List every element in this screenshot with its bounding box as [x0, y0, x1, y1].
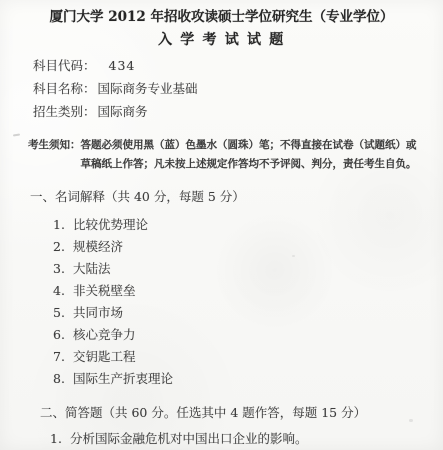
item-number: 5. — [53, 302, 65, 324]
candidate-notice: 考生须知： 答题必须使用黑（蓝）色墨水（圆珠）笔；不得直接在试卷（试题纸）或草稿… — [28, 136, 443, 174]
notice-label: 考生须知： — [28, 136, 81, 174]
subject-code-label: 科目代码： — [33, 58, 96, 73]
list-item: 1. 分析国际金融危机对中国出口企业的影响。 — [50, 431, 443, 447]
item-text: 规模经济 — [73, 236, 123, 258]
list-item: 5. 共同市场 — [53, 302, 443, 324]
item-number: 6. — [53, 324, 65, 346]
scan-artifact-speck — [292, 255, 295, 257]
item-text: 比较优势理论 — [73, 214, 148, 236]
scan-artifact-speck — [409, 419, 413, 422]
list-item: 3. 大陆法 — [53, 258, 443, 280]
meta-block: 科目代码：434 科目名称：国际商务专业基础 招生类别：国际商务 — [33, 59, 443, 118]
section-1-item-list: 1. 比较优势理论 2. 规模经济 3. 大陆法 4. 非关税壁垒 5. 共同市… — [53, 214, 443, 390]
subject-name-value: 国际商务专业基础 — [98, 81, 198, 96]
item-text: 核心竞争力 — [73, 324, 136, 346]
list-item: 1. 比较优势理论 — [53, 214, 443, 236]
item-number: 8. — [53, 368, 65, 390]
section-2-heading: 二、简答题（共 60 分。任选其中 4 题作答，每题 15 分） — [40, 406, 443, 420]
enrollment-category-value: 国际商务 — [98, 104, 148, 119]
section-short-answer: 二、简答题（共 60 分。任选其中 4 题作答，每题 15 分） 1. 分析国际… — [0, 406, 443, 447]
item-number: 2. — [53, 236, 65, 258]
item-number: 1. — [50, 431, 62, 447]
item-text: 共同市场 — [73, 302, 123, 324]
list-item: 8. 国际生产折衷理论 — [53, 368, 443, 390]
item-number: 1. — [53, 214, 65, 236]
list-item: 7. 交钥匙工程 — [53, 346, 443, 368]
item-number: 4. — [53, 280, 65, 302]
scan-artifact-speck — [13, 134, 20, 137]
enrollment-category-label: 招生类别： — [33, 104, 96, 119]
item-text: 国际生产折衷理论 — [73, 368, 173, 390]
section-term-definitions: 一、名词解释（共 40 分，每题 5 分） 1. 比较优势理论 2. 规模经济 … — [0, 190, 443, 390]
item-text: 大陆法 — [73, 258, 111, 280]
meta-row-enrollment-category: 招生类别：国际商务 — [33, 105, 443, 118]
subject-name-label: 科目名称： — [33, 81, 96, 96]
exam-title-line2: 入 学 考 试 试 题 — [0, 31, 443, 49]
exam-paper-page: 厦门大学 2012 年招收攻读硕士学位研究生（专业学位） 入 学 考 试 试 题… — [0, 0, 443, 450]
item-text: 非关税壁垒 — [73, 280, 136, 302]
section-2-item-list: 1. 分析国际金融危机对中国出口企业的影响。 — [50, 431, 443, 447]
section-1-heading: 一、名词解释（共 40 分，每题 5 分） — [30, 190, 443, 204]
list-item: 4. 非关税壁垒 — [53, 280, 443, 302]
list-item: 2. 规模经济 — [53, 236, 443, 258]
notice-text: 答题必须使用黑（蓝）色墨水（圆珠）笔；不得直接在试卷（试题纸）或草稿纸上作答；凡… — [81, 136, 417, 174]
exam-title-line1: 厦门大学 2012 年招收攻读硕士学位研究生（专业学位） — [0, 0, 443, 26]
item-number: 3. — [53, 258, 65, 280]
meta-row-subject-name: 科目名称：国际商务专业基础 — [33, 82, 443, 95]
item-text: 分析国际金融危机对中国出口企业的影响。 — [70, 431, 308, 447]
item-number: 7. — [53, 346, 65, 368]
list-item: 6. 核心竞争力 — [53, 324, 443, 346]
subject-code-value: 434 — [109, 58, 136, 73]
item-text: 交钥匙工程 — [73, 346, 136, 368]
meta-row-subject-code: 科目代码：434 — [33, 59, 443, 72]
